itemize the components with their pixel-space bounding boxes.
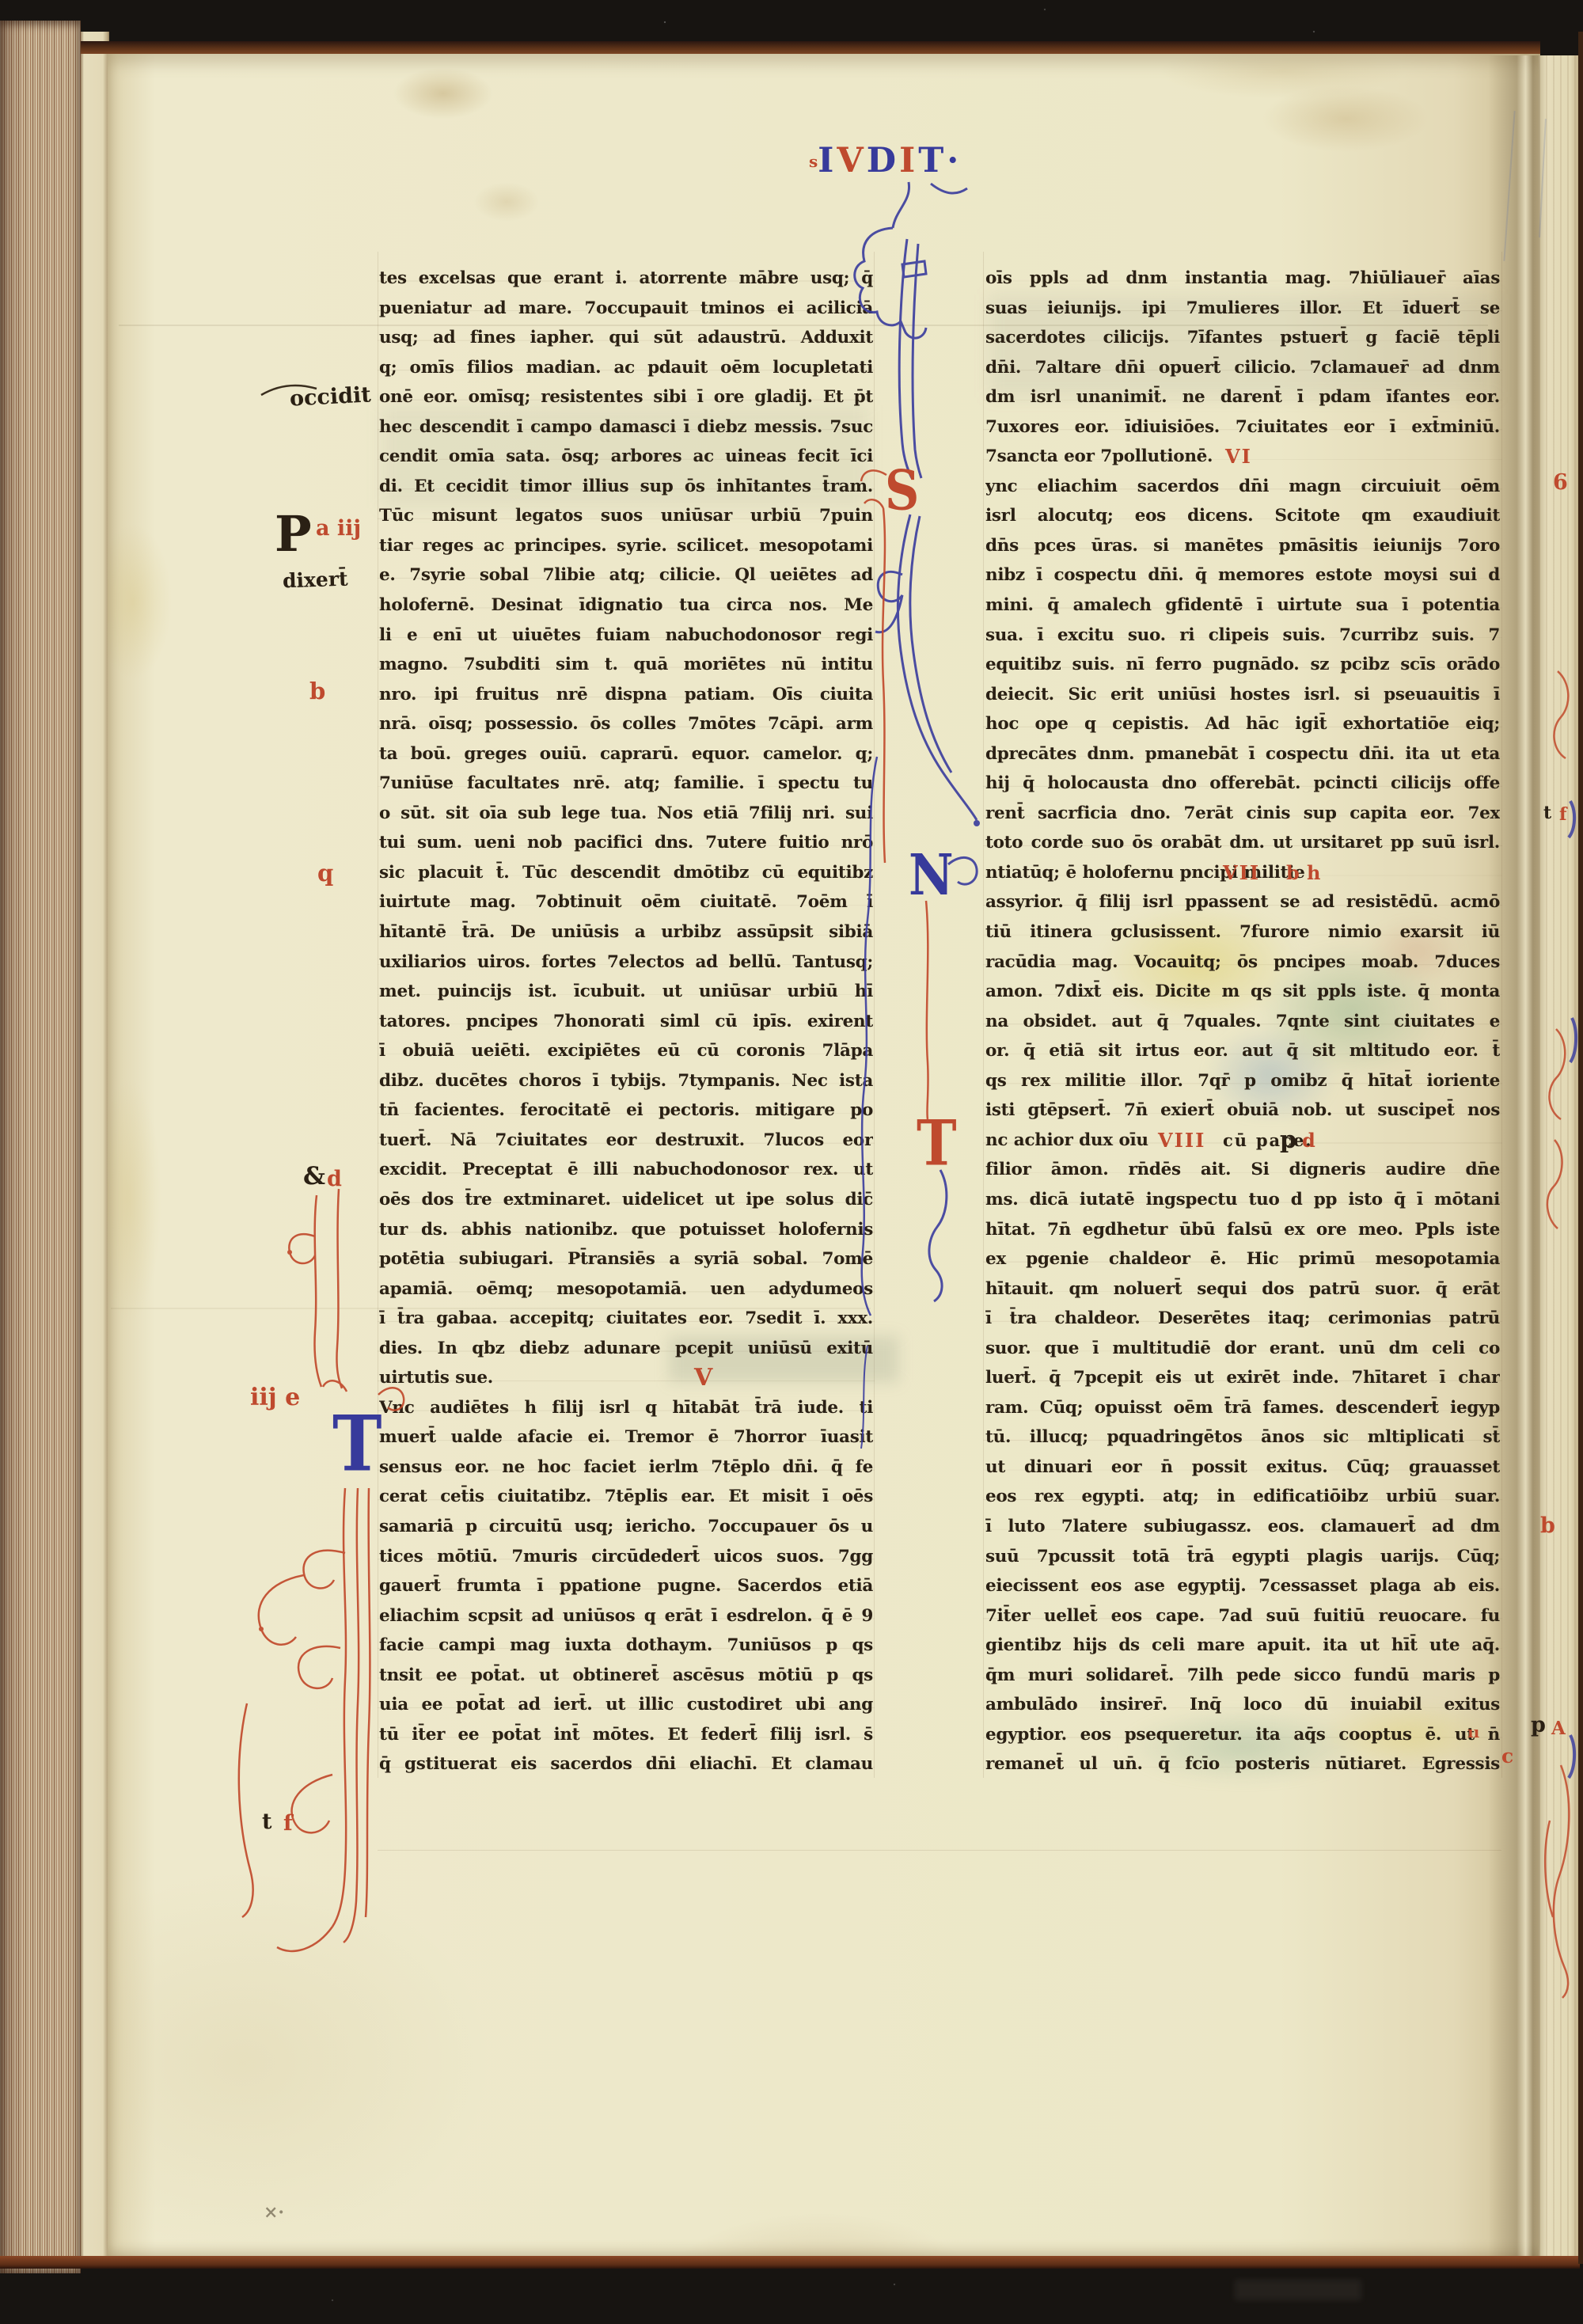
text-line: nro. ipi fruitus nrē dispna patiam. Oīs … — [379, 680, 873, 710]
manuscript-photograph: sIVDIT · tes excelsas que erant i. atorr… — [0, 0, 1583, 2324]
decorated-initial-S: S — [885, 464, 919, 518]
page-bottom-edge — [0, 2256, 1580, 2269]
text-line: muert̄ ualde afacie ei. Tremor ē 7horror… — [379, 1422, 873, 1452]
text-line: hoc ope q cepistis. Ad hāc igit̄ exhorta… — [985, 709, 1500, 739]
text-line: rent̄ sacrficia dno. 7erāt cinis sup cap… — [985, 799, 1500, 829]
margin-note: c — [1501, 1745, 1513, 1768]
text-line: mini. q̄ amalech gfidentē ī uirtute sua … — [985, 590, 1500, 621]
text-line: tiar reges ac principes. syrie. scilicet… — [379, 531, 873, 561]
text-line: deiecit. Sic erit uniūsi hostes isrl. si… — [985, 680, 1500, 710]
text-line: tn̄ facientes. ferocitatē ei pectoris. m… — [379, 1096, 873, 1126]
text-line: gientibz hijs ds celi mare apuit. ita ut… — [985, 1631, 1500, 1661]
text-line: ī t̄ra gabaa. accepitq; ciuitates eor. 7… — [379, 1304, 873, 1334]
text-line: met. puincijs ist. īcubuit. ut uniūsar u… — [379, 977, 873, 1007]
text-line: magno. 7subditi sim t. quā moriētes nū i… — [379, 650, 873, 680]
text-line: dibz. ducētes choros ī tybijs. 7tympanis… — [379, 1066, 873, 1096]
text-line: cendit omīa sata. ōsq; arbores ac uineas… — [379, 442, 873, 472]
text-line: dm isrl unanimit̄. ne darent̄ ī pdam īfa… — [985, 382, 1500, 412]
margin-note: ıı — [1467, 1722, 1479, 1741]
line-continuation: cū pace. — [1223, 1126, 1313, 1156]
text-line: uirtutis sue.V — [379, 1363, 873, 1393]
text-line: 7sancta eor 7pollutionē.VI — [985, 442, 1500, 472]
text-line: q; omīs filios madian. ac pdauit oēm loc… — [379, 353, 873, 383]
text-line: egyptior. eos psequeretur. ita aq̄s coop… — [985, 1720, 1500, 1750]
margin-note: d — [327, 1167, 342, 1191]
margin-note: A — [1551, 1718, 1566, 1739]
running-title-letter: I — [899, 141, 918, 180]
ruling-bottom-line — [378, 1850, 1501, 1851]
text-line: ī t̄ra chaldeor. Deserētes itaq; cerimon… — [985, 1304, 1500, 1334]
text-line: suor. que ī multitudiē dor erant. unū dm… — [985, 1334, 1500, 1364]
text-line: uxiliarios uiros. fortes 7electos ad bel… — [379, 947, 873, 978]
margin-note: ×· — [264, 2202, 284, 2223]
text-line: ī obuiā ueiēti. excipiētes eū cū coronis… — [379, 1036, 873, 1066]
running-title-letter: · — [947, 141, 962, 180]
text-line: tui sum. ueni nob pacifici dns. 7utere f… — [379, 828, 873, 858]
text-line: ī luto 7latere subiugassz. eos. clamauer… — [985, 1512, 1500, 1542]
text-line: ms. dicā iutatē ingspectu tuo d pp isto … — [985, 1185, 1500, 1215]
text-line: hītauit. qm noluert̄ sequi dos patrū suo… — [985, 1274, 1500, 1304]
text-line: tiū itinera gclusissent. 7furore nimio e… — [985, 917, 1500, 947]
text-line: hītat. 7n̄ egdhetur ūbū falsū ex ore meo… — [985, 1215, 1500, 1245]
text-line: holofernē. Desinat īdignatio tua circa n… — [379, 590, 873, 621]
text-line: ync eliachim sacerdos dn̄i magn circuiui… — [985, 472, 1500, 502]
text-line: dprecātes dnm. pmanebāt ī cospectu dn̄i.… — [985, 739, 1500, 769]
line-continuation: p — [1280, 1126, 1298, 1156]
text-line: dn̄s pces ūras. si manētes pmāsitis ieiu… — [985, 531, 1500, 561]
text-line: Tūc misunt legatos suos uniūsar urbiū 7p… — [379, 501, 873, 531]
margin-note: b — [1540, 1513, 1555, 1538]
running-title-letter: T — [918, 141, 947, 180]
margin-note: & — [303, 1162, 325, 1190]
margin-note: t — [1543, 803, 1551, 823]
text-line: hītantē t̄rā. De uniūsis a urbibz assūps… — [379, 917, 873, 947]
page-top-edge — [81, 41, 1540, 54]
text-line: di. Et cecidit timor illius sup ōs inhīt… — [379, 472, 873, 502]
text-line: hij q̄ holocausta dno offerebāt. pcincti… — [985, 769, 1500, 799]
text-line: nc achior dux oīuVIIIcū pace.pd — [985, 1126, 1500, 1156]
running-title-letter: V — [837, 141, 866, 180]
margin-note: 6 — [1553, 470, 1568, 495]
chapter-numeral: V — [694, 1363, 714, 1393]
text-line: iuirtute mag. 7obtinuit oēm ciuitatē. 7o… — [379, 887, 873, 917]
text-line: dies. In qbz diebz adunare pcepit uniūsū… — [379, 1334, 873, 1364]
text-line: eiecissent eos ase egyptij. 7cessasset p… — [985, 1571, 1500, 1601]
text-line: sacerdotes cilicijs. 7īfantes pstuert̄ g… — [985, 323, 1500, 353]
text-line: ex pgenie chaldeor ē. Hic primū mesopota… — [985, 1244, 1500, 1274]
faint-smudge — [1235, 2280, 1361, 2300]
text-line: suas ieiunijs. ipi 7mulieres illor. Et ī… — [985, 294, 1500, 324]
text-line: ambulādo insirer̄. Inq̄ loco dū inuiabil… — [985, 1690, 1500, 1720]
chapter-numeral: h — [1307, 858, 1322, 888]
text-line: facie campi mag iuxta dothaym. 7uniūsos … — [379, 1631, 873, 1661]
margin-note: a iij — [316, 516, 361, 541]
under-leaf-edge — [81, 32, 109, 2265]
text-line: tatores. pncipes 7honorati siml cū ipīs.… — [379, 1007, 873, 1037]
margin-note: b — [309, 678, 325, 704]
margin-note: f — [1559, 804, 1566, 825]
text-line: isti gtēpsert̄. 7n̄ exiert̄ obuiā nob. u… — [985, 1096, 1500, 1126]
text-line: q̄ gstituerat eis sacerdos dn̄i eliachī.… — [379, 1749, 873, 1779]
margin-note: occidit — [289, 382, 371, 411]
text-line: onē eor. omīsq; resistentes sibi ī ore g… — [379, 382, 873, 412]
text-line: toto corde suo ōs orabāt dm. ut ursitare… — [985, 828, 1500, 858]
text-column-left: tes excelsas que erant i. atorrente mābr… — [379, 264, 873, 1779]
text-line: e. 7syrie sobal 7libie atq; cilicie. Ql … — [379, 560, 873, 590]
text-line: Vnc audiētes h filij isrl q hītabāt t̄rā… — [379, 1393, 873, 1423]
next-leaf-edge — [1539, 55, 1580, 2256]
text-line: nibz ī cospectu dn̄i. q̄ memores estote … — [985, 560, 1500, 590]
text-line: ntiatūq; ē holofernu pncipi militieVIIbh — [985, 858, 1500, 888]
text-line: 7uxores eor. īdiuisiōes. 7ciuitates eor … — [985, 412, 1500, 442]
text-line: 7it̄er uellet̄ eos cape. 7ad suū fuitiū … — [985, 1601, 1500, 1631]
text-line: pueniatur ad mare. 7occupauit tminos ei … — [379, 294, 873, 324]
chapter-numeral: VI — [1225, 442, 1252, 472]
book-cover-edge — [1578, 32, 1583, 2264]
chapter-numeral: VII — [1223, 858, 1260, 888]
text-line: uia ee pot̄at ad iert̄. ut illic custodi… — [379, 1690, 873, 1720]
text-line: tices mōtiū. 7muris circūdedert̄ uicos s… — [379, 1542, 873, 1572]
text-line: remanet̄ ul un̄. q̄ fcīo posteris nūtiar… — [985, 1749, 1500, 1779]
text-line: apamiā. oēmq; mesopotamiā. uen adydumeos — [379, 1274, 873, 1304]
text-line: tes excelsas que erant i. atorrente mābr… — [379, 264, 873, 294]
text-line: luert̄. q̄ 7pcepit eis ut exirēt inde. 7… — [985, 1363, 1500, 1393]
margin-note: f — [283, 1811, 293, 1836]
text-line: isrl alocutq; eos dicens. Scitote qm exa… — [985, 501, 1500, 531]
text-line: hec descendit ī campo damasci ī diebz me… — [379, 412, 873, 442]
text-line: tuert̄. Nā 7ciuitates eor destruxit. 7lu… — [379, 1126, 873, 1156]
chapter-numeral: d — [1302, 1126, 1317, 1156]
running-title-prefix-mark: s — [809, 152, 818, 171]
text-line: oēs dos t̄re extminaret. uidelicet ut ip… — [379, 1185, 873, 1215]
text-line: tur ds. abhis nationibz. que potuisset h… — [379, 1215, 873, 1245]
text-line: assyrior. q̄ filij isrl ppassent se ad r… — [985, 887, 1500, 917]
chapter-numeral: VIII — [1158, 1126, 1205, 1156]
text-line: tū it̄er ee pot̄at int̄ mōtes. Et federt… — [379, 1720, 873, 1750]
text-line: or. q̄ etiā sit irtus eor. aut q̄ sit ml… — [985, 1036, 1500, 1066]
text-line: q̄m muri solidaret̄. 7ilh pede sicco fun… — [985, 1661, 1500, 1691]
text-line: dn̄i. 7altare dn̄i opuert̄ cilicio. 7cla… — [985, 353, 1500, 383]
text-column-right: oīs ppls ad dnm instantia mag. 7hiūliaue… — [985, 264, 1500, 1779]
text-line: sensus eor. ne hoc faciet ierlm 7tēplo d… — [379, 1452, 873, 1483]
text-line: suū 7pcussit totā t̄rā egypti plagis uar… — [985, 1542, 1500, 1572]
running-title: sIVDIT · — [809, 141, 962, 184]
text-line: filior āmon. rn̄dēs ait. Si digneris aud… — [985, 1155, 1500, 1185]
text-line: eos rex egypti. atq; in edificatiōibz ur… — [985, 1482, 1500, 1512]
text-line: tū. illucq; pquadringētos ānos sic mltip… — [985, 1422, 1500, 1452]
decorated-initial-T: T — [332, 1406, 382, 1483]
text-line: ut dinuari eor n̄ possit exitus. Cūq; gr… — [985, 1452, 1500, 1483]
text-line: ta boū. greges ouiū. caprarū. equor. cam… — [379, 739, 873, 769]
text-line: amon. 7dixt̄ eis. Dicite m qs sit ppls i… — [985, 977, 1500, 1007]
decorated-initial-T: T — [917, 1113, 957, 1175]
text-line: sic placuit t̄. Tūc descendit dmōtibz cū… — [379, 858, 873, 888]
margin-note: t — [262, 1809, 271, 1834]
margin-note: P — [275, 505, 312, 563]
text-line: o sūt. sit oīa sub lege tua. Nos etiā 7f… — [379, 799, 873, 829]
margin-note: iij e — [250, 1384, 300, 1411]
text-line: potētia subiugari. Pt̄ransiēs a syriā so… — [379, 1244, 873, 1274]
text-line: usq; ad fines iapher. qui sūt adaustrū. … — [379, 323, 873, 353]
text-line: samariā p circuitū usq; iericho. 7occupa… — [379, 1512, 873, 1542]
text-line: ram. Cūq; opuisst oēm t̄rā fames. descen… — [985, 1393, 1500, 1423]
text-line: oīs ppls ad dnm instantia mag. 7hiūliaue… — [985, 264, 1500, 294]
margin-note: dixert̄ — [283, 568, 348, 593]
text-line: nrā. oīsq; possessio. ōs colles 7mōtes 7… — [379, 709, 873, 739]
text-line: 7uniūse facultates nrē. atq; familie. ī … — [379, 769, 873, 799]
margin-note: q — [317, 860, 333, 887]
text-line: eliachim scpsit ad uniūsos q erāt ī esdr… — [379, 1601, 873, 1631]
text-line: cerat cet̄is ciuitatibz. 7tēplis ear. Et… — [379, 1482, 873, 1512]
margin-note: p — [1531, 1713, 1546, 1737]
decorated-initial-N: N — [909, 847, 954, 903]
running-title-letter: I — [818, 141, 837, 180]
text-line: na obsidet. aut q̄ 7quales. 7qnte sint c… — [985, 1007, 1500, 1037]
running-title-letter: D — [867, 141, 899, 180]
text-line: equitibz suis. nī ferro pugnādo. sz pcib… — [985, 650, 1500, 680]
text-line: sua. ī excitu suo. ri clipeis suis. 7cur… — [985, 621, 1500, 651]
chapter-numeral: b — [1286, 858, 1301, 888]
text-line: qs rex militie illor. 7qr̄ p omibz q̄ hī… — [985, 1066, 1500, 1096]
fore-edge-tint — [0, 21, 81, 2273]
text-line: excidit. Preceptat ē illi nabuchodonosor… — [379, 1155, 873, 1185]
text-line: gauert̄ frumta ī ppatione pugne. Sacerdo… — [379, 1571, 873, 1601]
text-line: racūdia mag. Vocauitq; ōs pncipes moab. … — [985, 947, 1500, 978]
text-line: tnsit ee pot̄at. ut obtineret̄ ascēsus m… — [379, 1661, 873, 1691]
text-line: li e enī ut uiuētes fuiam nabuchodonosor… — [379, 621, 873, 651]
